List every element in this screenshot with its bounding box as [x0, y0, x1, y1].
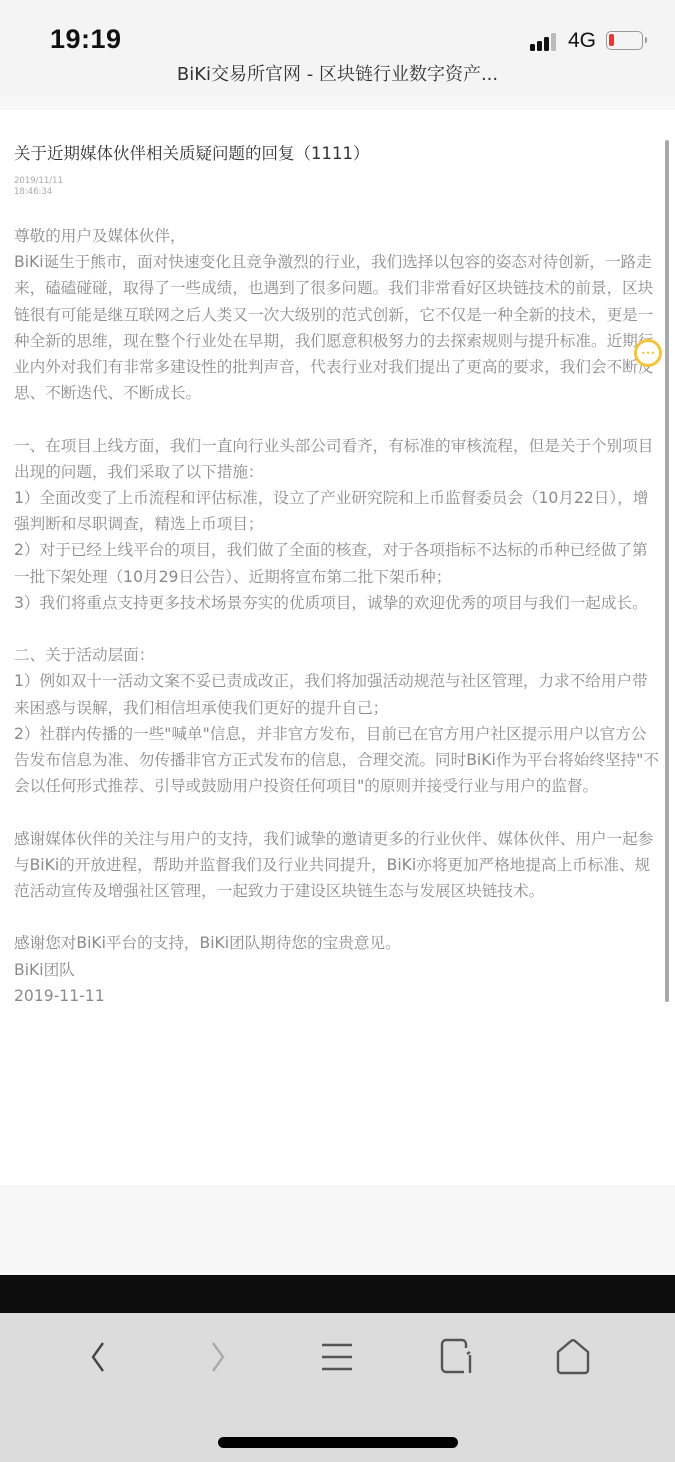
web-content: 关于近期媒体伙伴相关质疑问题的回复（1111） 2019/11/11 18:46… [0, 110, 675, 1185]
article-paragraph: 一、在项目上线方面，我们一直向行业头部公司看齐，有标准的审核流程，但是关于个别项… [14, 433, 659, 485]
article-body: 尊敬的用户及媒体伙伴，BiKi诞生于熊市，面对快速变化且竞争激烈的行业，我们选择… [14, 223, 659, 1009]
paragraph-spacer [14, 406, 659, 432]
home-button[interactable] [551, 1335, 595, 1379]
article-paragraph: 2）对于已经上线平台的项目，我们做了全面的核查，对于各项指标不达标的币种已经做了… [14, 537, 659, 589]
paragraph-spacer [14, 904, 659, 930]
status-time: 19:19 [50, 24, 122, 55]
chat-button[interactable]: ••• [634, 339, 662, 367]
article-time: 18:46:34 [14, 187, 63, 198]
article-timestamp: 2019/11/11 18:46:34 [14, 176, 63, 198]
battery-icon [606, 31, 643, 50]
forward-button[interactable] [195, 1335, 239, 1379]
article-paragraph: 尊敬的用户及媒体伙伴， [14, 223, 659, 249]
paragraph-spacer [14, 799, 659, 825]
chevron-right-icon [207, 1340, 227, 1374]
signal-icon [530, 33, 562, 51]
article-paragraph: 1）全面改变了上币流程和评估标准，设立了产业研究院和上币监督委员会（10月22日… [14, 485, 659, 537]
menu-icon [321, 1341, 353, 1373]
divider-band [0, 1275, 675, 1313]
tabs-icon [438, 1338, 474, 1376]
home-indicator[interactable] [218, 1437, 458, 1448]
chat-bubble-icon: ••• [641, 350, 655, 358]
browser-page-title[interactable]: BiKi交易所官网 - 区块链行业数字资产... [0, 60, 675, 86]
chevron-left-icon [89, 1340, 109, 1374]
menu-button[interactable] [315, 1335, 359, 1379]
back-button[interactable] [77, 1335, 121, 1379]
article-paragraph: 3）我们将重点支持更多技术场景夯实的优质项目，诚挚的欢迎优秀的项目与我们一起成长… [14, 590, 659, 616]
article-paragraph: BiKi团队 [14, 957, 659, 983]
article-title: 关于近期媒体伙伴相关质疑问题的回复（1111） [14, 140, 370, 164]
article-paragraph: 2019-11-11 [14, 983, 659, 1009]
article-paragraph: 1）例如双十一活动文案不妥已责成改正，我们将加强活动规范与社区管理，力求不给用户… [14, 668, 659, 720]
article-paragraph: 感谢媒体伙伴的关注与用户的支持，我们诚挚的邀请更多的行业伙伴、媒体伙伴、用户一起… [14, 826, 659, 905]
paragraph-spacer [14, 616, 659, 642]
page-footer-area [0, 1185, 675, 1275]
status-bar: 19:19 4G BiKi交易所官网 - 区块链行业数字资产... [0, 0, 675, 95]
home-icon [554, 1338, 592, 1376]
tabs-button[interactable] [434, 1335, 478, 1379]
article-paragraph: 感谢您对BiKi平台的支持，BiKi团队期待您的宝贵意见。 [14, 930, 659, 956]
article-paragraph: BiKi诞生于熊市，面对快速变化且竞争激烈的行业，我们选择以包容的姿态对待创新，… [14, 249, 659, 406]
article-paragraph: 2）社群内传播的一些"喊单"信息，并非官方发布，目前已在官方用户社区提示用户以官… [14, 721, 659, 800]
article-paragraph: 二、关于活动层面： [14, 642, 659, 668]
network-type: 4G [568, 29, 596, 53]
article-date: 2019/11/11 [14, 176, 63, 187]
scrollbar[interactable] [665, 140, 669, 1002]
